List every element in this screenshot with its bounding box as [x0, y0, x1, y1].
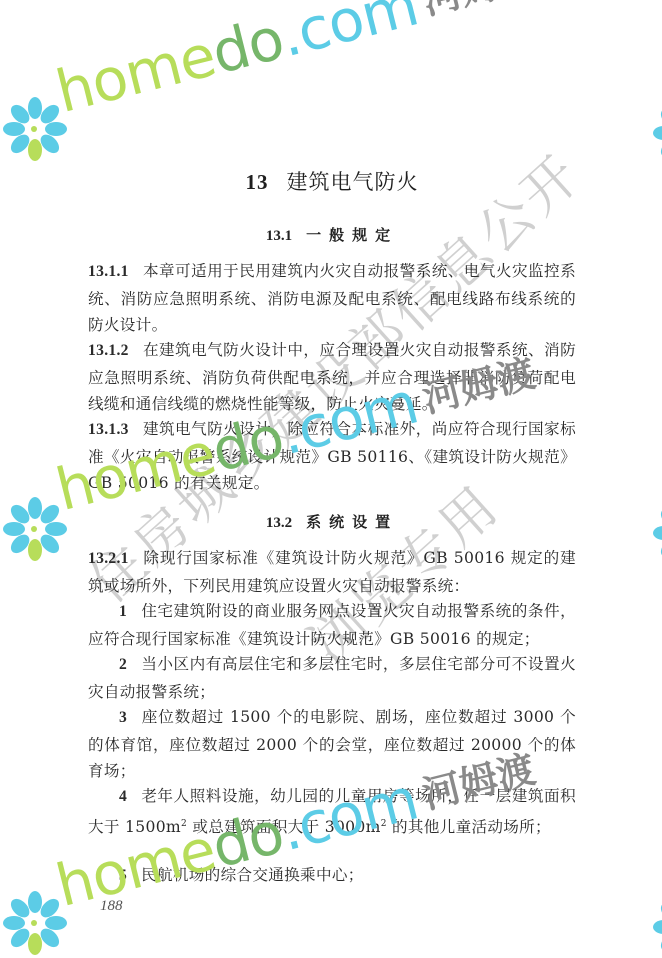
- homedo-watermark-top: homedo.com河姆渡: [50, 0, 543, 126]
- item-number: 3: [119, 709, 127, 726]
- chapter-title: 13建筑电气防火: [88, 166, 576, 196]
- clause-text: 在建筑电气防火设计中，应合理设置火灾自动报警系统、消防应急照明系统、消防负荷供配…: [88, 341, 576, 413]
- logo-com: .com: [273, 0, 424, 70]
- clause-13-1-1: 13.1.1本章可适用于民用建筑内火灾自动报警系统、电气火灾监控系统、消防应急照…: [88, 258, 576, 339]
- flower-logo-icon: [2, 496, 68, 562]
- clause-number: 13.1.3: [88, 421, 129, 438]
- clause-text: 本章可适用于民用建筑内火灾自动报警系统、电气火灾监控系统、消防应急照明系统、消防…: [88, 262, 576, 334]
- item-text: 当小区内有高层住宅和多层住宅时，多层住宅部分可不设置火灾自动报警系统；: [88, 655, 576, 701]
- clause-13-1-3: 13.1.3建筑电气防火设计，除应符合本标准外，尚应符合现行国家标准《火灾自动报…: [88, 416, 576, 497]
- item-number: 5: [119, 867, 127, 884]
- chapter-number: 13: [246, 170, 269, 194]
- item-number: 2: [119, 656, 127, 673]
- clause-number: 13.1.1: [88, 263, 129, 280]
- section-number: 13.1: [266, 228, 292, 244]
- item-text: 老年人照料设施，幼儿园的儿童用房等场所，任一层建筑面积大于 1500m2 或总建…: [88, 787, 576, 836]
- list-item-3: 3座位数超过 1500 个的电影院、剧场，座位数超过 3000 个的体育馆，座位…: [88, 704, 576, 785]
- page-number: 188: [100, 898, 123, 915]
- clause-13-2-1: 13.2.1除现行国家标准《建筑设计防火规范》GB 50016 规定的建筑或场所…: [88, 545, 576, 599]
- list-item-4: 4老年人照料设施，幼儿园的儿童用房等场所，任一层建筑面积大于 1500m2 或总…: [88, 783, 576, 840]
- section-number: 13.2: [266, 515, 292, 531]
- list-item-1: 1住宅建筑附设的商业服务网点设置火灾自动报警系统的条件，应符合现行国家标准《建筑…: [88, 598, 576, 652]
- list-item-5: 5民航机场的综合交通换乘中心；: [88, 862, 576, 890]
- logo-do: do: [205, 4, 290, 87]
- item-text: 座位数超过 1500 个的电影院、剧场，座位数超过 3000 个的体育馆，座位数…: [88, 708, 576, 780]
- flower-logo-icon: [652, 100, 662, 166]
- flower-logo-icon: [652, 500, 662, 566]
- item-text: 民航机场的综合交通换乘中心；: [141, 866, 364, 884]
- item-text-part: 的其他儿童活动场所；: [387, 818, 551, 836]
- clause-13-1-2: 13.1.2在建筑电气防火设计中，应合理设置火灾自动报警系统、消防应急照明系统、…: [88, 337, 576, 418]
- clause-number: 13.1.2: [88, 342, 129, 359]
- item-text: 住宅建筑附设的商业服务网点设置火灾自动报警系统的条件，应符合现行国家标准《建筑设…: [88, 602, 576, 648]
- flower-logo-icon: [2, 890, 68, 956]
- logo-home: home: [50, 21, 222, 126]
- clause-text: 除现行国家标准《建筑设计防火规范》GB 50016 规定的建筑或场所外，下列民用…: [88, 549, 576, 595]
- item-text-part: 或总建筑面积大于 3000m: [187, 818, 381, 836]
- clause-number: 13.2.1: [88, 550, 129, 567]
- section-name: 一般规定: [306, 226, 398, 244]
- document-page: 住房城乡建设部信息公开 浏览专用 13建筑电气防火 13.1一般规定 13.1.…: [0, 0, 662, 958]
- section-heading-13-2: 13.2系统设置: [88, 511, 576, 532]
- chapter-name: 建筑电气防火: [287, 170, 419, 194]
- item-number: 4: [119, 788, 127, 805]
- section-heading-13-1: 13.1一般规定: [88, 224, 576, 245]
- flower-logo-icon: [652, 894, 662, 958]
- item-number: 1: [119, 603, 127, 620]
- flower-logo-icon: [2, 96, 68, 162]
- clause-text: 建筑电气防火设计，除应符合本标准外，尚应符合现行国家标准《火灾自动报警系统设计规…: [88, 420, 576, 492]
- logo-cn: 河姆渡: [416, 0, 540, 25]
- list-item-2: 2当小区内有高层住宅和多层住宅时，多层住宅部分可不设置火灾自动报警系统；: [88, 651, 576, 705]
- section-name: 系统设置: [306, 513, 398, 531]
